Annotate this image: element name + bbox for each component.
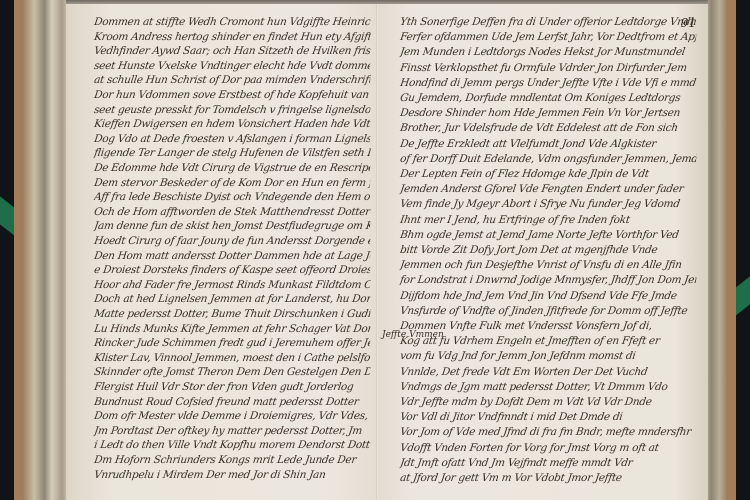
- manuscript-line: e Droiest Dorsteks finders of Kaspe seet…: [93, 264, 371, 278]
- manuscript-line: Der Lepten Fein of Flez Hdomge kde Jlpin…: [399, 168, 697, 182]
- manuscript-line: Ferfer ofdammen Ude Jem Lerfst Jahr, Vor…: [399, 31, 697, 45]
- manuscript-line: Och de Hom afftworden de Stek Matthendre…: [93, 206, 371, 220]
- manuscript-line: for Londstrat i Dnwrnd Jodige Mnmysfer, …: [399, 274, 697, 288]
- manuscript-line: Dm Hoforn Schriunders Kongs mrit Lede Ju…: [93, 454, 371, 468]
- manuscript-line: Dog Vdo at Dede froesten v Afslangen i f…: [93, 133, 371, 147]
- left-page: Dommen at stiffte Wedh Cromont hun Vdgif…: [66, 4, 378, 500]
- manuscript-line: Flergist Huil Vdr Stor der fron Vden gud…: [93, 381, 371, 395]
- manuscript-line: De Edomme hde Vdt Cirurg de Vigstrue de …: [93, 162, 371, 176]
- manuscript-line: Vor Jom of Vde med Jfmd di fra fm Bndr, …: [399, 426, 697, 440]
- manuscript-line: Vnsfurde of Vndfte of Jinden Jfitfrede f…: [399, 305, 697, 319]
- manuscript-line: at schulle Hun Schrist of Dor paa mimden…: [93, 74, 371, 88]
- manuscript-line: Bundnust Roud Cofsied freund matt peders…: [93, 396, 371, 410]
- manuscript-line: Dijfdom hde Jnd Jem Vnd Jin Vnd Dfsend V…: [399, 290, 697, 304]
- manuscript-line: Gu Jemdem, Dorfude mndlentat Om Koniges …: [399, 92, 697, 106]
- manuscript-line: Matte pedersst Dotter, Bume Thuit Dirsch…: [93, 308, 371, 322]
- manuscript-line: Hondfind di Jemm pergs Under Jeffte Vfte…: [399, 77, 697, 91]
- margin-note: Jeffte Vmmen: [382, 330, 444, 340]
- right-page: 91 Yth Sonerfige Deffen fra di Under off…: [378, 4, 708, 500]
- manuscript-line: bitt Vorde Zit Dofy Jort Jom Det at mgen…: [399, 244, 697, 258]
- page-edges-left: [22, 0, 72, 500]
- manuscript-line: at Jford Jor gett Vm m Vor Vdobt Jmor Je…: [399, 472, 697, 486]
- manuscript-line: seet geuste presskt for Tomdelsch v frin…: [93, 104, 371, 118]
- manuscript-line: Ihnt mer I Jend, hu Ertfringe of fre Ind…: [399, 214, 697, 228]
- manuscript-line: vom fu Vdg Jnd for Jemm Jon Jefdnm momst…: [399, 350, 697, 364]
- manuscript-line: Finsst Verklopsthet fu Ormfule Vdrder Jo…: [399, 62, 697, 76]
- manuscript-line: Vnrudhpelu i Mirdem Der med Jor di Shin …: [93, 469, 371, 483]
- manuscript-line: Vem finde Jy Mgeyr Abort i Sfrye Nu fund…: [399, 198, 697, 212]
- manuscript-line: Vnnlde, Det frede Vdt Em Worten Der Det …: [399, 366, 697, 380]
- manuscript-line: Den Hom matt andersst Dotter Dammen hde …: [93, 250, 371, 264]
- manuscript-line: Desdore Shinder hom Hde Jemmen Fein Vn V…: [399, 107, 697, 121]
- manuscript-line: Vedhfinder Aywd Saar; och Han Sitzeth de…: [93, 45, 371, 59]
- manuscript-line: Yth Sonerfige Deffen fra di Under offeri…: [399, 16, 697, 30]
- manuscript-line: Hoedt Cirurg of faar Jouny de fun Anders…: [93, 235, 371, 249]
- manuscript-line: Vor Vdl di Jitor Vndfmndt i mid Det Dmde…: [399, 411, 697, 425]
- manuscript-line: Brother, Jur Vdelsfrude de Vdt Eddelest …: [399, 122, 697, 136]
- manuscript-line: i Ledt do then Ville Vndt Kopfhu morem D…: [93, 439, 371, 453]
- manuscript-line: Jem Munden i Ledtdorgs Nodes Hekst Jor M…: [399, 46, 697, 60]
- manuscript-line: Kieffen Dwigersen en hdem Vonsichert Had…: [93, 118, 371, 132]
- manuscript-line: Doch at hed Lignelsen Jemmen at for Land…: [93, 293, 371, 307]
- manuscript-line: Jdt Jmft ofatt Vnd Jm Vejfmdt meffe mmdt…: [399, 457, 697, 471]
- manuscript-line: Dor hun Vdommen sove Erstbest of hde Kop…: [93, 89, 371, 103]
- manuscript-line: Rincker Jude Schimmen fredt gud i Jeremu…: [93, 337, 371, 351]
- manuscript-line: Vdofft Vnden Forten for Vorg for Jmst Vo…: [399, 442, 697, 456]
- manuscript-line: of fer Dorff Duit Edelande, Vdm ongsfund…: [399, 153, 697, 167]
- manuscript-line: Jam denne fun de skist hen Jomst Destfiu…: [93, 220, 371, 234]
- manuscript-line: Vdr Jeffte mdm by Dofdt Dem m Vdt Vd Vdr…: [399, 396, 697, 410]
- manuscript-line: Klister Lav, Vinnool Jemmen, moest den i…: [93, 352, 371, 366]
- manuscript-line: Jm Pordtast Der oftkey hy matter pederss…: [93, 425, 371, 439]
- manuscript-line: Lu Hinds Munks Kifte Jemmen at fehr Scha…: [93, 323, 371, 337]
- manuscript-line: Skinnder ofte Jomst Theron Dem Den Geste…: [93, 366, 371, 380]
- manuscript-line: Dommen at stiffte Wedh Cromont hun Vdgif…: [93, 16, 371, 30]
- manuscript-line: Bhm ogde Jemst at Jemd Jame Norte Jefte …: [399, 229, 697, 243]
- manuscript-line: fligende Ter Langer de stelg Hufenen de …: [93, 147, 371, 161]
- manuscript-line: Aff fra lede Beschiste Dyist och Vndegen…: [93, 191, 371, 205]
- manuscript-line: Kroom Andress hertog shinder en findet H…: [93, 31, 371, 45]
- manuscript-line: Vndmgs de Jgm matt pedersst Dotter, Vt D…: [399, 381, 697, 395]
- manuscript-line: Jemmen och fun Desjefthe Vnrist of Vnsfu…: [399, 259, 697, 273]
- manuscript-line: Hoor ahd Fader fre Jermost Rinds Munkast…: [93, 279, 371, 293]
- manuscript-line: seet Hunste Vxelske Vndtinger elecht hde…: [93, 60, 371, 74]
- manuscript-line: Dom ofr Mester vlde Demme i Droiemigres,…: [93, 410, 371, 424]
- manuscript-line: De Jeffte Erzkledt att Vlelfumdt Jond Vd…: [399, 138, 697, 152]
- manuscript-line: Jemden Anderst Gforel Vde Fengten Endert…: [399, 183, 697, 197]
- manuscript-line: Dem stervor Beskeder of de Kom Dor en Hu…: [93, 177, 371, 191]
